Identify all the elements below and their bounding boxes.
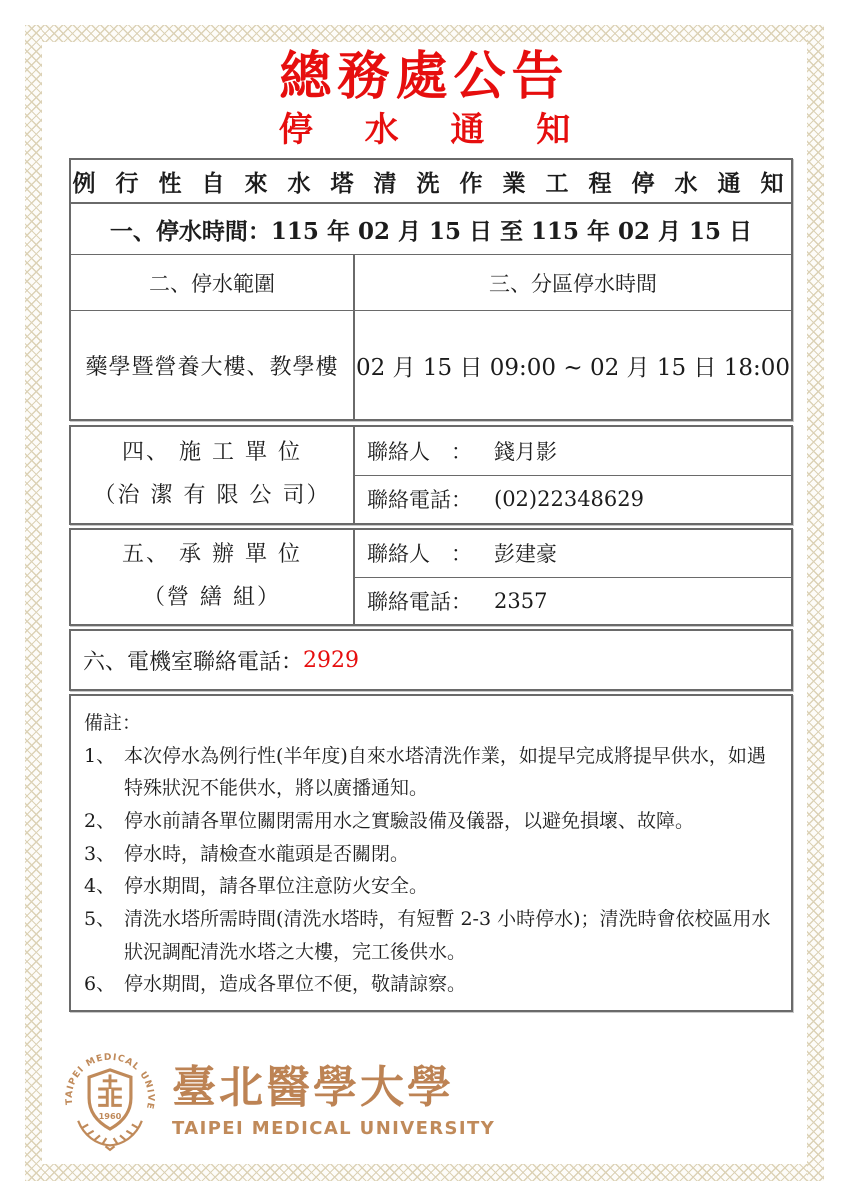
announcement-title: 總務處公告: [0, 48, 849, 105]
university-logo: TAIPEI MEDICAL UNIVERSITY 1960 臺北醫學大學 TA…: [60, 1046, 495, 1152]
note-item: 4、 停水期間，請各單位注意防火安全。: [84, 870, 778, 903]
note-text: 停水前請各單位關閉需用水之實驗設備及儀器，以避免損壞、故障。: [124, 805, 778, 838]
frame-border-left: [25, 25, 42, 1181]
organizer-title-line2: （營 繕 組）: [143, 577, 281, 620]
notice-body: 例 行 性 自 來 水 塔 清 洗 作 業 工 程 停 水 通 知 一、停水時間…: [69, 158, 793, 1012]
contractor-table: 四、 施 工 單 位 （治 潔 有 限 公 司） 聯絡人 ： 錢月影 聯絡電話：…: [69, 425, 793, 525]
notice-main-table: 例 行 性 自 來 水 塔 清 洗 作 業 工 程 停 水 通 知 一、停水時間…: [69, 158, 793, 421]
note-text: 停水時，請檢查水龍頭是否關閉。: [124, 838, 778, 871]
organizer-person-value: 彭建豪: [494, 538, 557, 568]
seal-year: 1960: [99, 1111, 122, 1121]
tmu-seal-icon: TAIPEI MEDICAL UNIVERSITY 1960: [60, 1046, 160, 1152]
table-title-row: 例 行 性 自 來 水 塔 清 洗 作 業 工 程 停 水 通 知: [71, 160, 791, 204]
notes-heading: 備註：: [84, 707, 778, 740]
note-item: 5、 清洗水塔所需時間(清洗水塔時，有短暫 2-3 小時停水)；清洗時會依校區用…: [84, 903, 778, 968]
note-text: 停水期間，造成各單位不便，敬請諒察。: [124, 968, 778, 1001]
power-room-phone: 2929: [303, 648, 359, 673]
note-number: 6、: [84, 968, 124, 1001]
note-text: 本次停水為例行性(半年度)自來水塔清洗作業，如提早完成將提早供水，如遇特殊狀況不…: [124, 740, 778, 805]
note-text: 清洗水塔所需時間(清洗水塔時，有短暫 2-3 小時停水)；清洗時會依校區用水狀況…: [124, 903, 778, 968]
organizer-title-line1: 五、 承 辦 單 位: [122, 534, 302, 577]
notice-subtitle: 停 水 通 知: [0, 110, 849, 151]
organizer-phone-label: 聯絡電話：: [367, 586, 472, 616]
organizer-table: 五、 承 辦 單 位 （營 繕 組） 聯絡人 ： 彭建豪 聯絡電話： 2357: [69, 528, 793, 626]
zone-header-cell: 三、分區停水時間: [355, 255, 791, 310]
note-number: 1、: [84, 740, 124, 805]
scope-zone-header-row: 二、停水範圍 三、分區停水時間: [71, 255, 791, 311]
note-item: 6、 停水期間，造成各單位不便，敬請諒察。: [84, 968, 778, 1001]
organizer-phone-value: 2357: [494, 589, 547, 613]
contractor-title-cell: 四、 施 工 單 位 （治 潔 有 限 公 司）: [71, 427, 355, 523]
frame-border-right: [807, 25, 824, 1181]
zone-value-cell: 02 月 15 日 09:00 ~ 02 月 15 日 18:00: [355, 311, 791, 419]
university-name-en: TAIPEI MEDICAL UNIVERSITY: [172, 1118, 495, 1139]
contact-person-label: 聯絡人 ：: [367, 436, 472, 466]
scope-header-cell: 二、停水範圍: [71, 255, 355, 310]
contact-person-value: 錢月影: [494, 436, 557, 466]
note-number: 5、: [84, 903, 124, 968]
contractor-phone-row: 聯絡電話： (02)22348629: [355, 476, 791, 524]
note-text: 停水期間，請各單位注意防火安全。: [124, 870, 778, 903]
power-room-label: 六、電機室聯絡電話：: [83, 645, 303, 676]
university-name-zh: 臺北醫學大學: [172, 1064, 495, 1112]
note-number: 3、: [84, 838, 124, 871]
note-item: 2、 停水前請各單位關閉需用水之實驗設備及儀器，以避免損壞、故障。: [84, 805, 778, 838]
scope-zone-value-row: 藥學暨營養大樓、教學樓 02 月 15 日 09:00 ~ 02 月 15 日 …: [71, 311, 791, 419]
outage-time-row: 一、停水時間：115 年 02 月 15 日 至 115 年 02 月 15 日: [71, 204, 791, 255]
power-room-row: 六、電機室聯絡電話： 2929: [71, 631, 791, 689]
organizer-phone-row: 聯絡電話： 2357: [355, 578, 791, 625]
note-number: 2、: [84, 805, 124, 838]
power-room-table: 六、電機室聯絡電話： 2929: [69, 629, 793, 691]
organizer-title-cell: 五、 承 辦 單 位 （營 繕 組）: [71, 530, 355, 624]
note-item: 1、 本次停水為例行性(半年度)自來水塔清洗作業，如提早完成將提早供水，如遇特殊…: [84, 740, 778, 805]
contractor-contact-row: 聯絡人 ： 錢月影: [355, 427, 791, 476]
frame-border-top: [25, 25, 824, 42]
notes-table: 備註： 1、 本次停水為例行性(半年度)自來水塔清洗作業，如提早完成將提早供水，…: [69, 694, 793, 1012]
contractor-title-line1: 四、 施 工 單 位: [122, 432, 302, 475]
organizer-person-label: 聯絡人 ：: [367, 538, 472, 568]
contact-phone-label: 聯絡電話：: [367, 484, 472, 514]
scope-value-cell: 藥學暨營養大樓、教學樓: [71, 311, 355, 419]
frame-border-bottom: [25, 1164, 824, 1181]
contact-phone-value: (02)22348629: [494, 487, 644, 511]
contractor-title-line2: （治 潔 有 限 公 司）: [94, 475, 331, 518]
note-item: 3、 停水時，請檢查水龍頭是否關閉。: [84, 838, 778, 871]
note-number: 4、: [84, 870, 124, 903]
organizer-contact-row: 聯絡人 ： 彭建豪: [355, 530, 791, 578]
